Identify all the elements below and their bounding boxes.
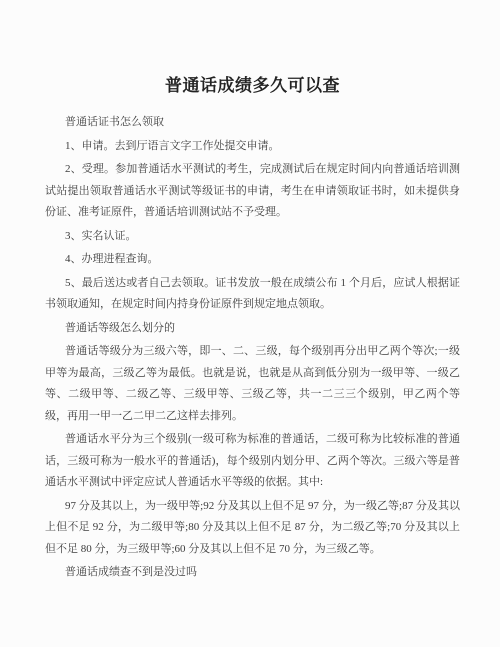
paragraph: 普通话水平分为三个级别(一级可称为标准的普通话，二级可称为比较标准的普通话，三级… xyxy=(45,429,460,494)
section-heading: 普通话等级怎么划分的 xyxy=(45,318,460,340)
section-heading: 普通话成绩查不到是没过吗 xyxy=(45,562,460,584)
paragraph: 1、申请。去到厅语言文字工作处提交申请。 xyxy=(45,136,460,158)
section-heading: 普通话证书怎么领取 xyxy=(45,112,460,134)
paragraph: 普通话等级分为三级六等，即一、二、三级，每个级别再分出甲乙两个等次;一级甲等为最… xyxy=(45,341,460,427)
paragraph: 4、办理进程查询。 xyxy=(45,249,460,271)
paragraph: 2、受理。参加普通话水平测试的考生，完成测试后在规定时间内向普通话培训测试站提出… xyxy=(45,159,460,224)
paragraph: 5、最后送达或者自己去领取。证书发放一般在成绩公布 1 个月后，应试人根据证书领… xyxy=(45,273,460,316)
document-body: 普通话证书怎么领取 1、申请。去到厅语言文字工作处提交申请。 2、受理。参加普通… xyxy=(45,112,460,584)
paragraph: 3、实名认证。 xyxy=(45,226,460,248)
paragraph: 97 分及其以上，为一级甲等;92 分及其以上但不足 97 分，为一级乙等;87… xyxy=(45,496,460,561)
page-title: 普通话成绩多久可以查 xyxy=(45,74,460,98)
document-page: 普通话成绩多久可以查 普通话证书怎么领取 1、申请。去到厅语言文字工作处提交申请… xyxy=(0,0,500,647)
